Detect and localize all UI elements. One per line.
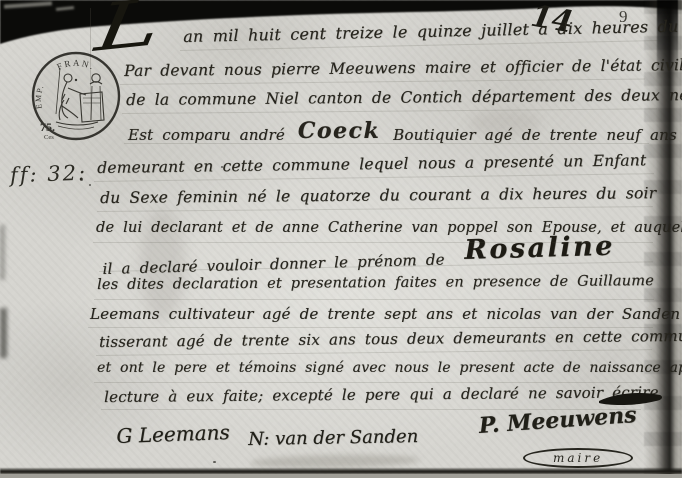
scan-bottom-strip [0,474,682,478]
father-surname: Coeck [298,118,380,144]
act-line-4-post: Boutiquier agé de trente neuf ans [384,126,677,144]
act-text-line-12: et ont le pere et témoins signé avec nou… [97,360,682,376]
signature-witness-van-der-sanden: N: van der Sanden [248,426,418,450]
baseline-guide-line [97,206,653,212]
baseline-guide-line [122,108,657,114]
mayor-title-oval: maire [523,447,633,468]
act-text-line-13: lecture à eux faite; excepté le pere qui… [104,383,659,406]
baseline-guide-line [124,143,649,144]
baseline-guide-line [96,349,652,356]
baseline-guide-line [88,327,653,328]
signature-witness-leemans: G Leemans [116,420,230,448]
stamp-value-unit: Ces [44,134,54,141]
act-text-line-6: du Sexe feminin né le quatorze du couran… [100,184,656,207]
act-line-8-pre: il a declaré vouloir donner le prénom de [102,250,445,278]
ink-speck [89,184,91,186]
scan-left-smudge [0,225,5,280]
act-text-line-5: demeurant en cette commune lequel nous a… [97,151,646,177]
baseline-guide-line [94,299,654,300]
child-first-name: Rosaline [464,231,615,266]
ink-speck [213,461,216,463]
act-text-line-10: Leemans cultivateur agé de trente sept a… [90,305,680,323]
baseline-guide-line [94,382,650,383]
mayor-title-label: maire [523,448,633,468]
scan-left-smudge [0,308,7,358]
stamp-value: 75. [40,120,55,134]
baseline-guide-line [120,79,645,85]
act-text-line-3: de la commune Niel canton de Contich dép… [126,86,682,109]
signature-mayor: P. Meeuwens [478,402,637,439]
birth-record-scan-page: 14 9 FRAN. EMP. 75. Ces [0,0,682,478]
act-text-line-2: Par devant nous pierre Meeuwens maire et… [124,56,682,80]
act-text-line-9: les dites declaration et presentation fa… [97,273,654,293]
baseline-guide-line [93,242,653,243]
margin-folio-note: ff: 32: [10,161,88,188]
act-text-line-11: tisserant agé de trente six ans tous deu… [99,327,682,351]
opening-initial-letter: L [92,0,164,60]
act-line-4-pre: Est comparu andré [128,126,294,144]
stamp-dot [75,79,77,81]
